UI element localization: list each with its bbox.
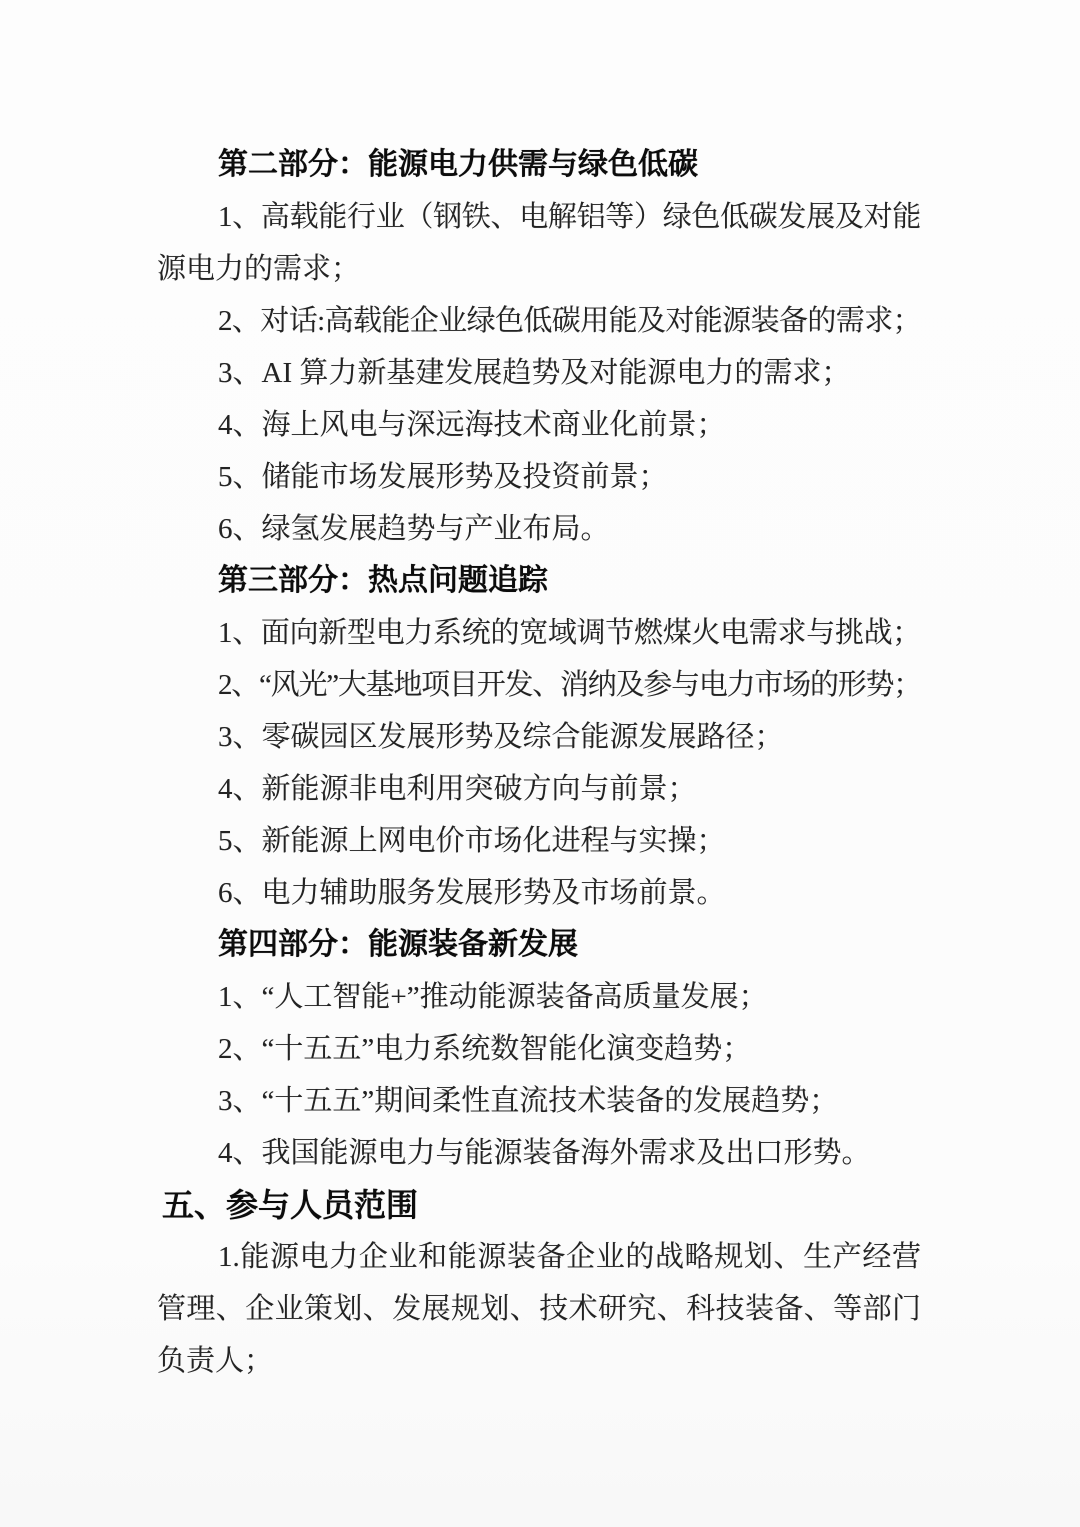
part3-item3: 3、零碳园区发展形势及综合能源发展路径； — [157, 711, 921, 763]
part3-heading: 第三部分：热点问题追踪 — [157, 555, 921, 607]
section5-item1-line1: 1.能源电力企业和能源装备企业的战略规划、生产经营 — [157, 1231, 921, 1283]
part2-item1-line1: 1、高载能行业（钢铁、电解铝等）绿色低碳发展及对能 — [157, 191, 921, 243]
part3-item5: 5、新能源上网电价市场化进程与实操； — [157, 815, 921, 867]
section5-item1-line2: 管理、企业策划、发展规划、技术研究、科技装备、等部门 — [157, 1283, 921, 1335]
section5-item1-line3: 负责人； — [157, 1335, 921, 1387]
part2-item4: 4、海上风电与深远海技术商业化前景； — [157, 399, 921, 451]
section5-heading: 五、参与人员范围 — [157, 1179, 921, 1231]
part4-item2: 2、“十五五”电力系统数智能化演变趋势； — [157, 1023, 921, 1075]
part4-heading: 第四部分：能源装备新发展 — [157, 919, 921, 971]
part4-item4: 4、我国能源电力与能源装备海外需求及出口形势。 — [157, 1127, 921, 1179]
document-page: 第二部分：能源电力供需与绿色低碳 1、高载能行业（钢铁、电解铝等）绿色低碳发展及… — [0, 0, 1080, 1527]
part4-item1: 1、“人工智能+”推动能源装备高质量发展； — [157, 971, 921, 1023]
part2-item1-line2: 源电力的需求； — [157, 243, 921, 295]
part3-item2: 2、“风光”大基地项目开发、消纳及参与电力市场的形势； — [157, 659, 921, 711]
part3-item4: 4、新能源非电利用突破方向与前景； — [157, 763, 921, 815]
part2-item3: 3、AI 算力新基建发展趋势及对能源电力的需求； — [157, 347, 921, 399]
part3-item6: 6、电力辅助服务发展形势及市场前景。 — [157, 867, 921, 919]
part2-item5: 5、储能市场发展形势及投资前景； — [157, 451, 921, 503]
part4-item3: 3、“十五五”期间柔性直流技术装备的发展趋势； — [157, 1075, 921, 1127]
part3-item1: 1、面向新型电力系统的宽域调节燃煤火电需求与挑战； — [157, 607, 921, 659]
part2-heading: 第二部分：能源电力供需与绿色低碳 — [157, 139, 921, 191]
part2-item2: 2、对话:高载能企业绿色低碳用能及对能源装备的需求； — [157, 295, 921, 347]
document-body: 第二部分：能源电力供需与绿色低碳 1、高载能行业（钢铁、电解铝等）绿色低碳发展及… — [157, 139, 921, 1387]
part2-item6: 6、绿氢发展趋势与产业布局。 — [157, 503, 921, 555]
